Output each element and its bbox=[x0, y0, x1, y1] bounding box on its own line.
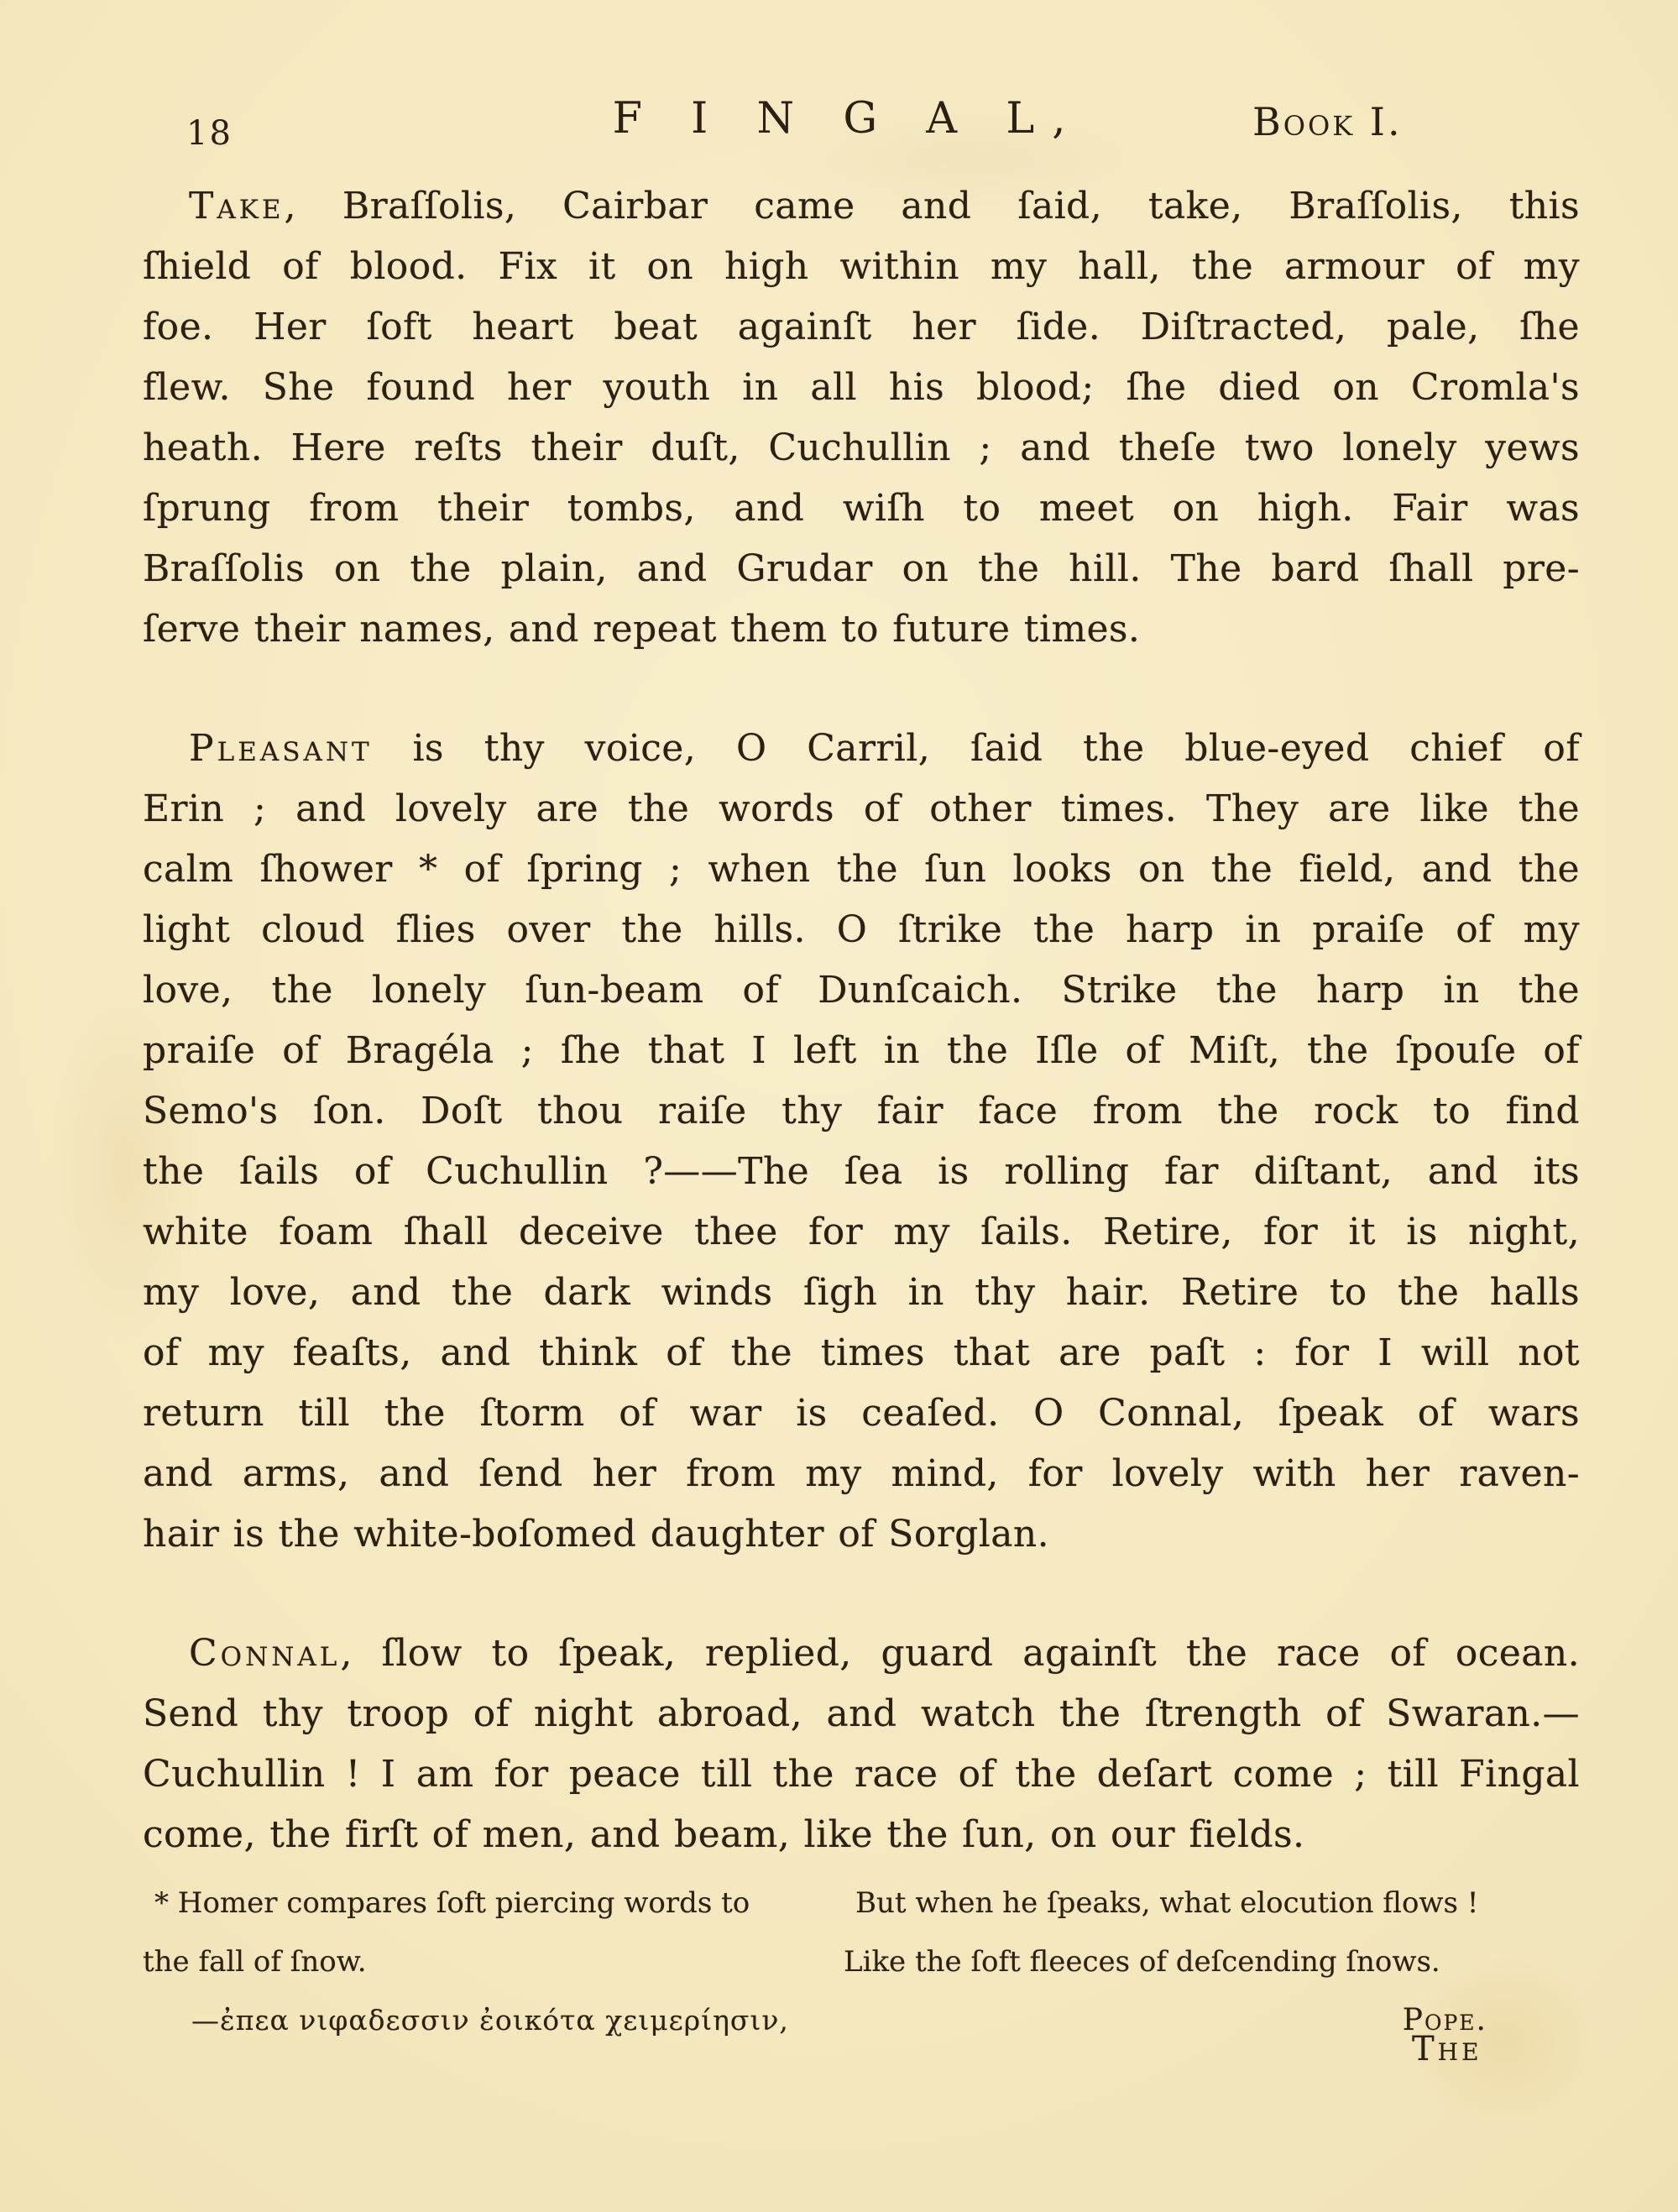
footnote-text: * Homer compares ſoft piercing words to … bbox=[143, 1874, 844, 1991]
paragraph-first-line-text: is thy voice, O Carril, ſaid the blue-ey… bbox=[373, 727, 1580, 770]
paragraph: Take, Braſſolis, Cairbar came and ſaid, … bbox=[143, 176, 1580, 660]
footnote-left-column: * Homer compares ſoft piercing words to … bbox=[143, 1874, 844, 2050]
book-label: Book I. bbox=[1252, 99, 1403, 144]
footnote: * Homer compares ſoft piercing words to … bbox=[143, 1874, 1580, 2050]
paragraph-first-line: Take, Braſſolis, Cairbar came and ſaid, … bbox=[143, 176, 1580, 237]
paragraph-lead-word: Connal bbox=[189, 1632, 340, 1675]
paragraph-lines: Send thy troop of night abroad, and watc… bbox=[143, 1684, 1580, 1805]
page-header: 18 F I N G A L, Book I. bbox=[0, 94, 1678, 161]
paragraph-first-line-text: , Braſſolis, Cairbar came and ſaid, take… bbox=[285, 185, 1580, 227]
running-title: F I N G A L, bbox=[0, 94, 1678, 144]
footnote-greek-quote: —ἐπεα νιφαδεσσιν ἐοικότα χειμερίησιν, bbox=[143, 1991, 844, 2050]
paragraph: Pleasant is thy voice, O Carril, ſaid th… bbox=[143, 719, 1580, 1565]
paragraph-last-line: hair is the white-boſomed daughter of So… bbox=[143, 1504, 1580, 1565]
paragraph-lines: Erin ; and lovely are the words of other… bbox=[143, 779, 1580, 1504]
paragraph-last-line: ſerve their names, and repeat them to fu… bbox=[143, 599, 1580, 660]
paragraph-first-line: Connal, ſlow to ſpeak, replied, guard ag… bbox=[143, 1624, 1580, 1684]
paragraph: Connal, ſlow to ſpeak, replied, guard ag… bbox=[143, 1624, 1580, 1865]
body-text: Take, Braſſolis, Cairbar came and ſaid, … bbox=[143, 176, 1580, 1865]
paragraph-first-line-text: , ſlow to ſpeak, replied, guard againſt … bbox=[340, 1632, 1580, 1675]
book-page-scan: { "page": { "number": "18", "running_tit… bbox=[0, 0, 1678, 2212]
paragraph-lines: ſhield of blood. Fix it on high within m… bbox=[143, 237, 1580, 599]
catchword: The bbox=[1412, 2030, 1482, 2068]
paragraph-lead-word: Pleasant bbox=[189, 727, 373, 770]
paragraph-lead-word: Take bbox=[189, 185, 285, 227]
footnote-right-column: But when he ſpeaks, what elocution flows… bbox=[844, 1874, 1580, 2050]
footnote-verse: But when he ſpeaks, what elocution flows… bbox=[844, 1874, 1580, 1991]
paragraph-last-line: come, the firſt of men, and beam, like t… bbox=[143, 1805, 1580, 1865]
paragraph-first-line: Pleasant is thy voice, O Carril, ſaid th… bbox=[143, 719, 1580, 779]
